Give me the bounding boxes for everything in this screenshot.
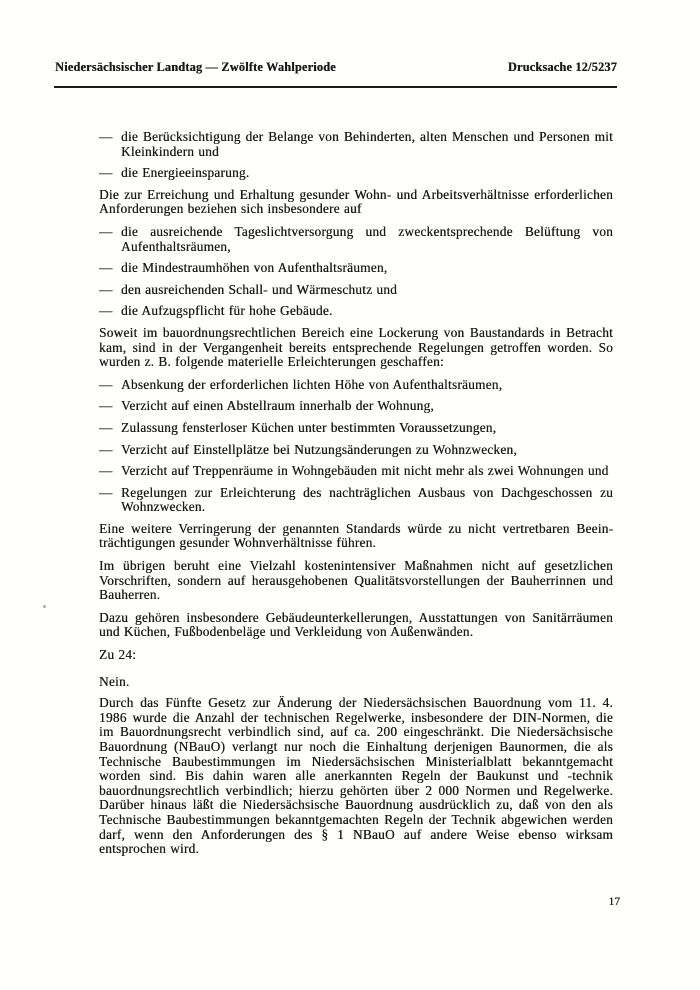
dash-bullet: — (99, 261, 121, 276)
dash-bullet: — (99, 166, 121, 181)
paragraph: Soweit im bauordnungsrechtlichen Bereich… (99, 326, 613, 370)
header-parliament-title: Niedersächsischer Landtag — Zwölfte Wahl… (55, 60, 336, 75)
list-item-text: Absenkung der erforderlichen lichten Höh… (121, 378, 613, 393)
list-item-text: die Mindestraumhöhen von Aufenthaltsräum… (121, 261, 613, 276)
list-item: — Zulassung fensterloser Küchen unter be… (99, 421, 613, 436)
list-item-text: Regelungen zur Erleichterung des nachträ… (121, 486, 613, 515)
list-item: — die Berücksichtigung der Belange von B… (99, 130, 613, 159)
dash-bullet: — (99, 378, 121, 393)
answer-text: Nein. (99, 675, 613, 690)
header-drucksache-number: Drucksache 12/5237 (508, 60, 617, 75)
list-item: — Absenkung der erforderlichen lichten H… (99, 378, 613, 393)
list-item-text: Verzicht auf Einstellplätze bei Nutzungs… (121, 443, 613, 458)
list-item: — Verzicht auf Einstellplätze bei Nutzun… (99, 443, 613, 458)
dash-bullet: — (99, 464, 121, 479)
list-item: — die Aufzugspflicht für hohe Gebäude. (99, 304, 613, 319)
list-item-text: die ausreichende Tageslichtversorgung un… (121, 225, 613, 254)
list-item: — die Mindestraumhöhen von Aufenthaltsrä… (99, 261, 613, 276)
list-item: — die Energieeinsparung. (99, 166, 613, 181)
paragraph: Durch das Fünfte Gesetz zur Änderung der… (99, 696, 613, 857)
list-item-text: die Energieeinsparung. (121, 166, 613, 181)
document-body: — die Berücksichtigung der Belange von B… (99, 130, 613, 865)
list-item-text: die Aufzugspflicht für hohe Gebäude. (121, 304, 613, 319)
list-item: — Regelungen zur Erleichterung des nacht… (99, 486, 613, 515)
dash-bullet: — (99, 443, 121, 458)
list-item: — Verzicht auf einen Abstellraum innerha… (99, 399, 613, 414)
list-item: — die ausreichende Tageslichtversorgung … (99, 225, 613, 254)
dash-bullet: — (99, 304, 121, 319)
scan-speck (43, 605, 46, 608)
page-number: 17 (609, 896, 621, 908)
dash-bullet: — (99, 283, 121, 298)
dash-bullet: — (99, 421, 121, 436)
list-item-text: Zulassung fensterloser Küchen unter best… (121, 421, 613, 436)
section-label: Zu 24: (99, 648, 613, 663)
list-item: — den ausreichenden Schall- und Wärmesch… (99, 283, 613, 298)
paragraph: Die zur Erreichung und Erhaltung gesunde… (99, 188, 613, 217)
paragraph: Eine weitere Verringerung der genannten … (99, 522, 613, 551)
paragraph: Im übrigen beruht eine Vielzahl kostenin… (99, 559, 613, 603)
paragraph: Dazu gehören insbesondere Gebäudeunterke… (99, 611, 613, 640)
list-item-text: Verzicht auf Treppenräume in Wohngebäude… (121, 464, 613, 479)
dash-bullet: — (99, 486, 121, 515)
list-item: — Verzicht auf Treppenräume in Wohngebäu… (99, 464, 613, 479)
dash-bullet: — (99, 130, 121, 159)
dash-bullet: — (99, 399, 121, 414)
dash-bullet: — (99, 225, 121, 254)
list-item-text: die Berücksichtigung der Belange von Beh… (121, 130, 613, 159)
document-page: Niedersächsischer Landtag — Zwölfte Wahl… (0, 0, 700, 990)
list-item-text: Verzicht auf einen Abstellraum innerhalb… (121, 399, 613, 414)
list-item-text: den ausreichenden Schall- und Wärmeschut… (121, 283, 613, 298)
header-rule (54, 86, 617, 88)
